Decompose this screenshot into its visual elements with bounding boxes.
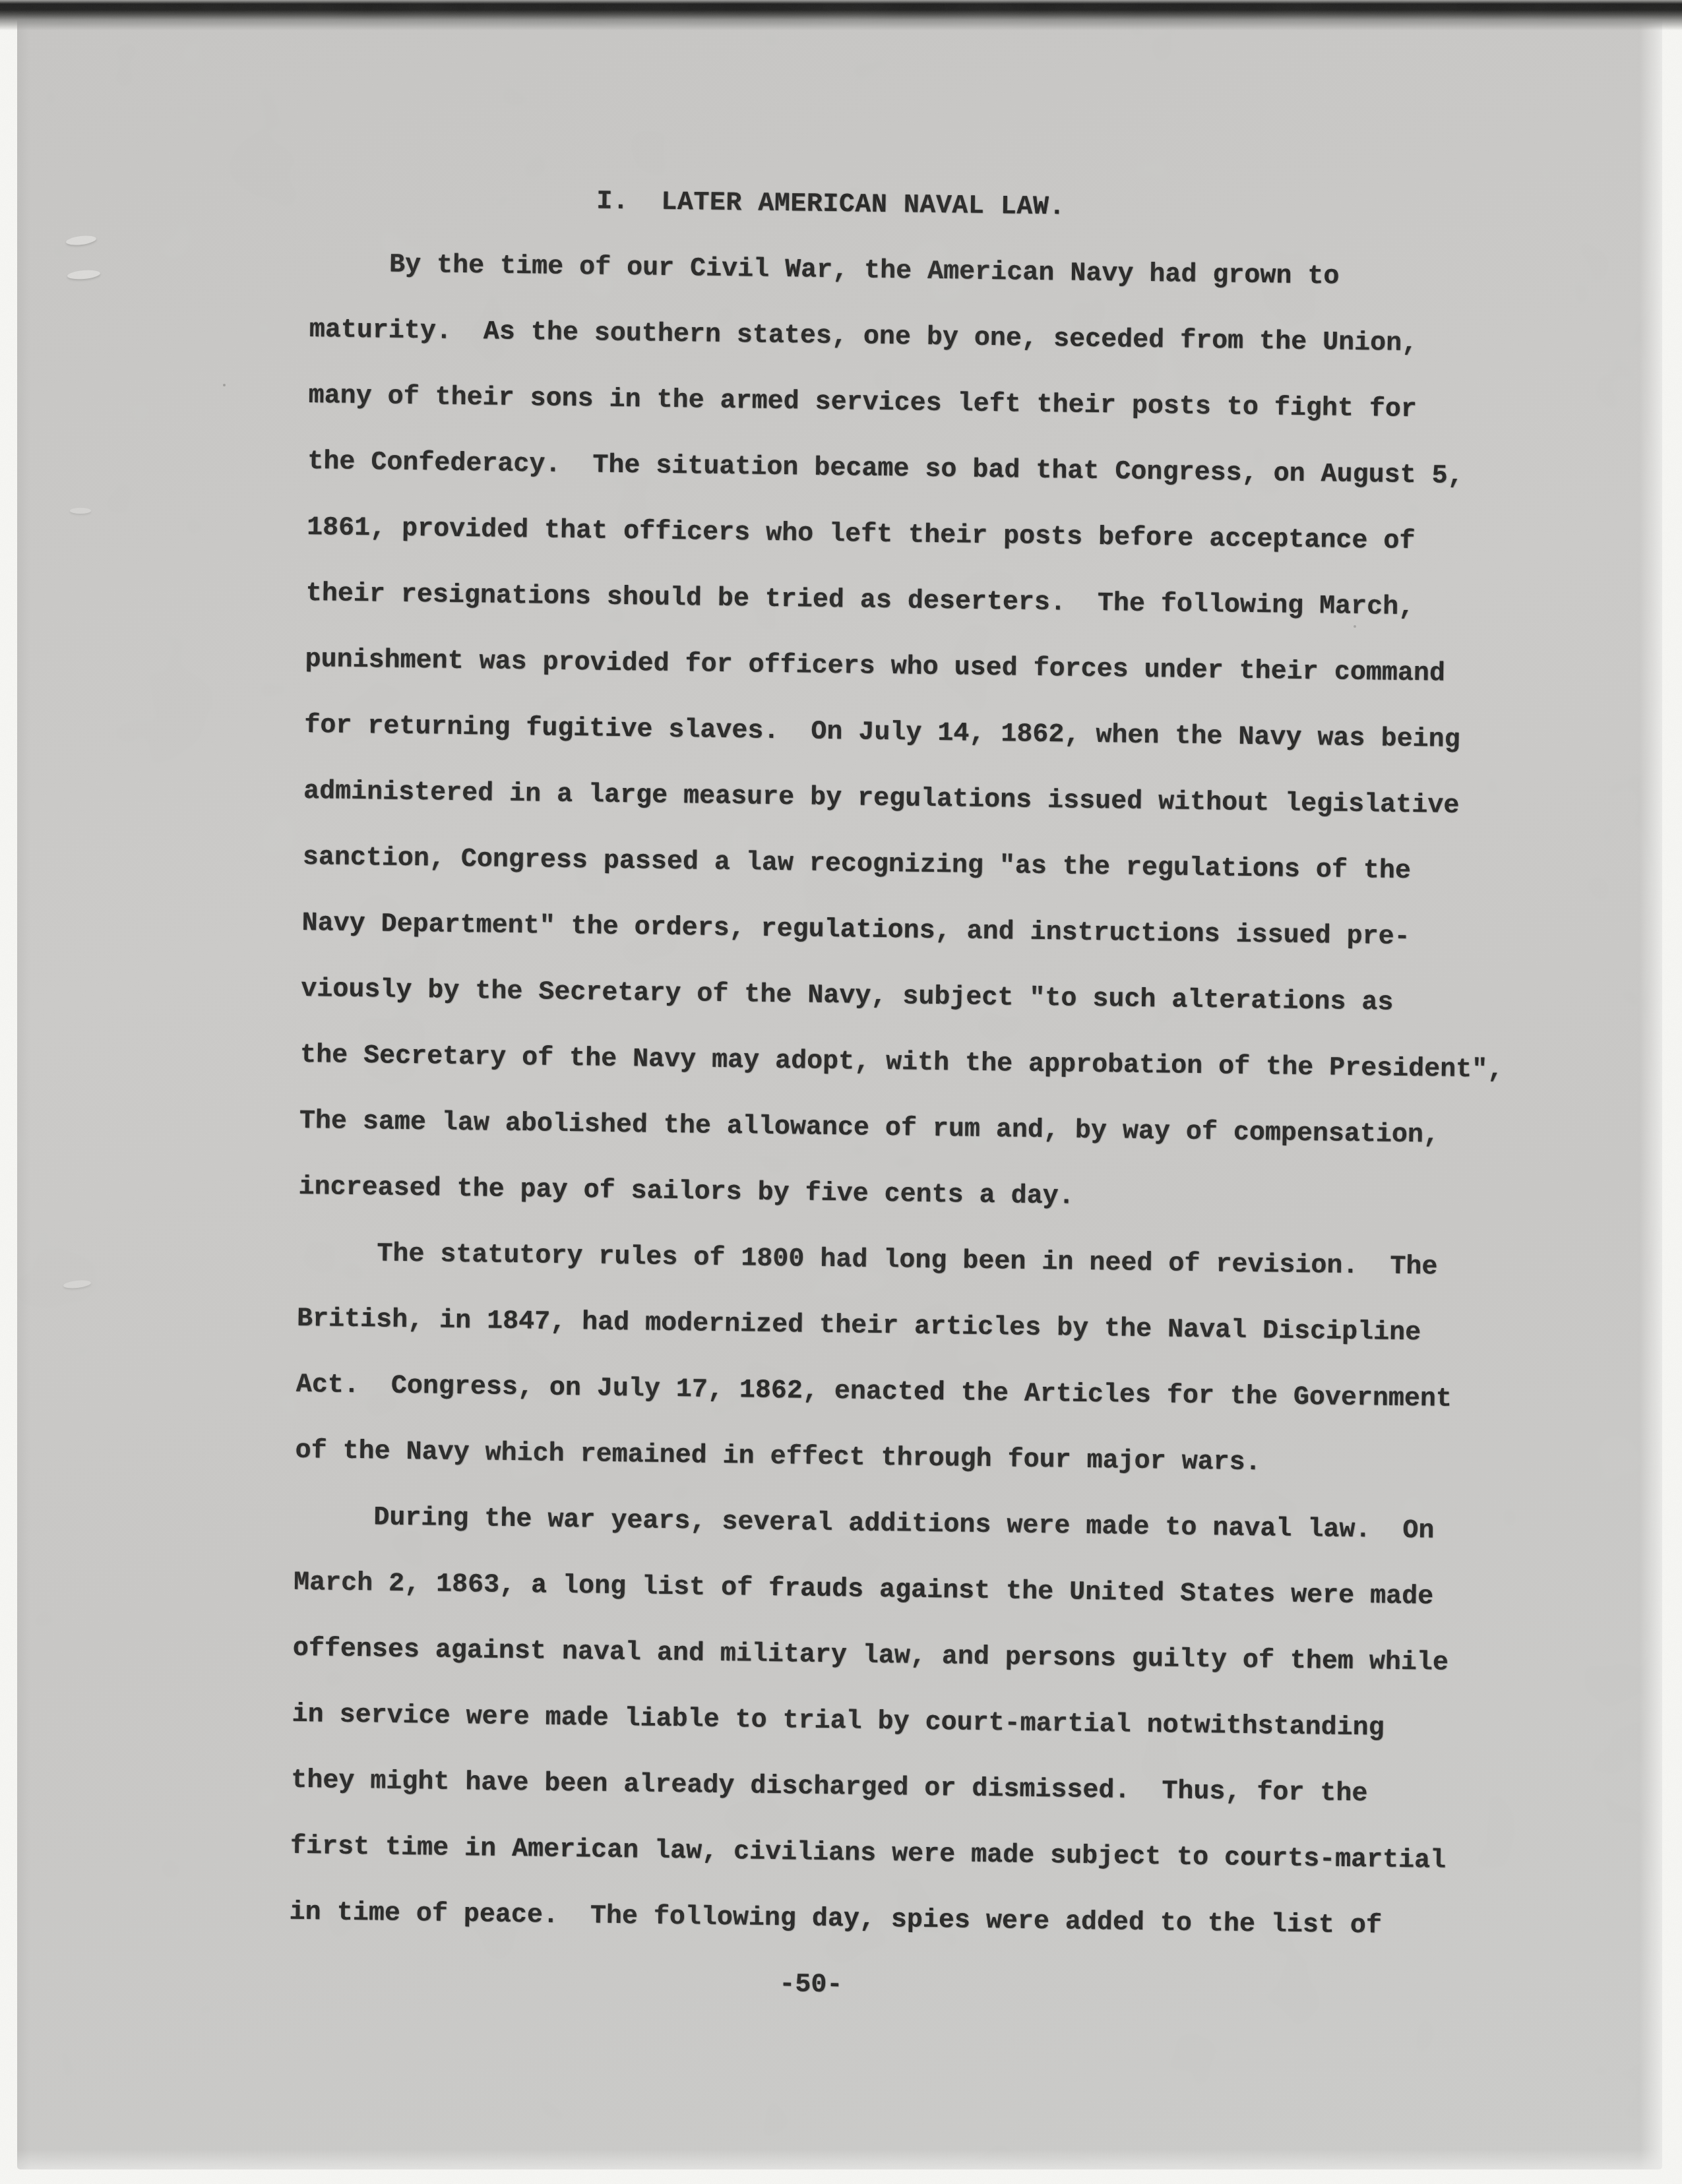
page-number: -50- (779, 1952, 843, 2018)
document-title: I. LATER AMERICAN NAVAL LAW. (596, 169, 1066, 241)
typed-text-layer: I. LATER AMERICAN NAVAL LAW. By the time… (287, 166, 1565, 2127)
scanner-edge-band (0, 0, 1682, 30)
document-body: By the time of our Civil War, the Americ… (289, 231, 1514, 1961)
scanned-page: I. LATER AMERICAN NAVAL LAW. By the time… (0, 0, 1682, 2184)
